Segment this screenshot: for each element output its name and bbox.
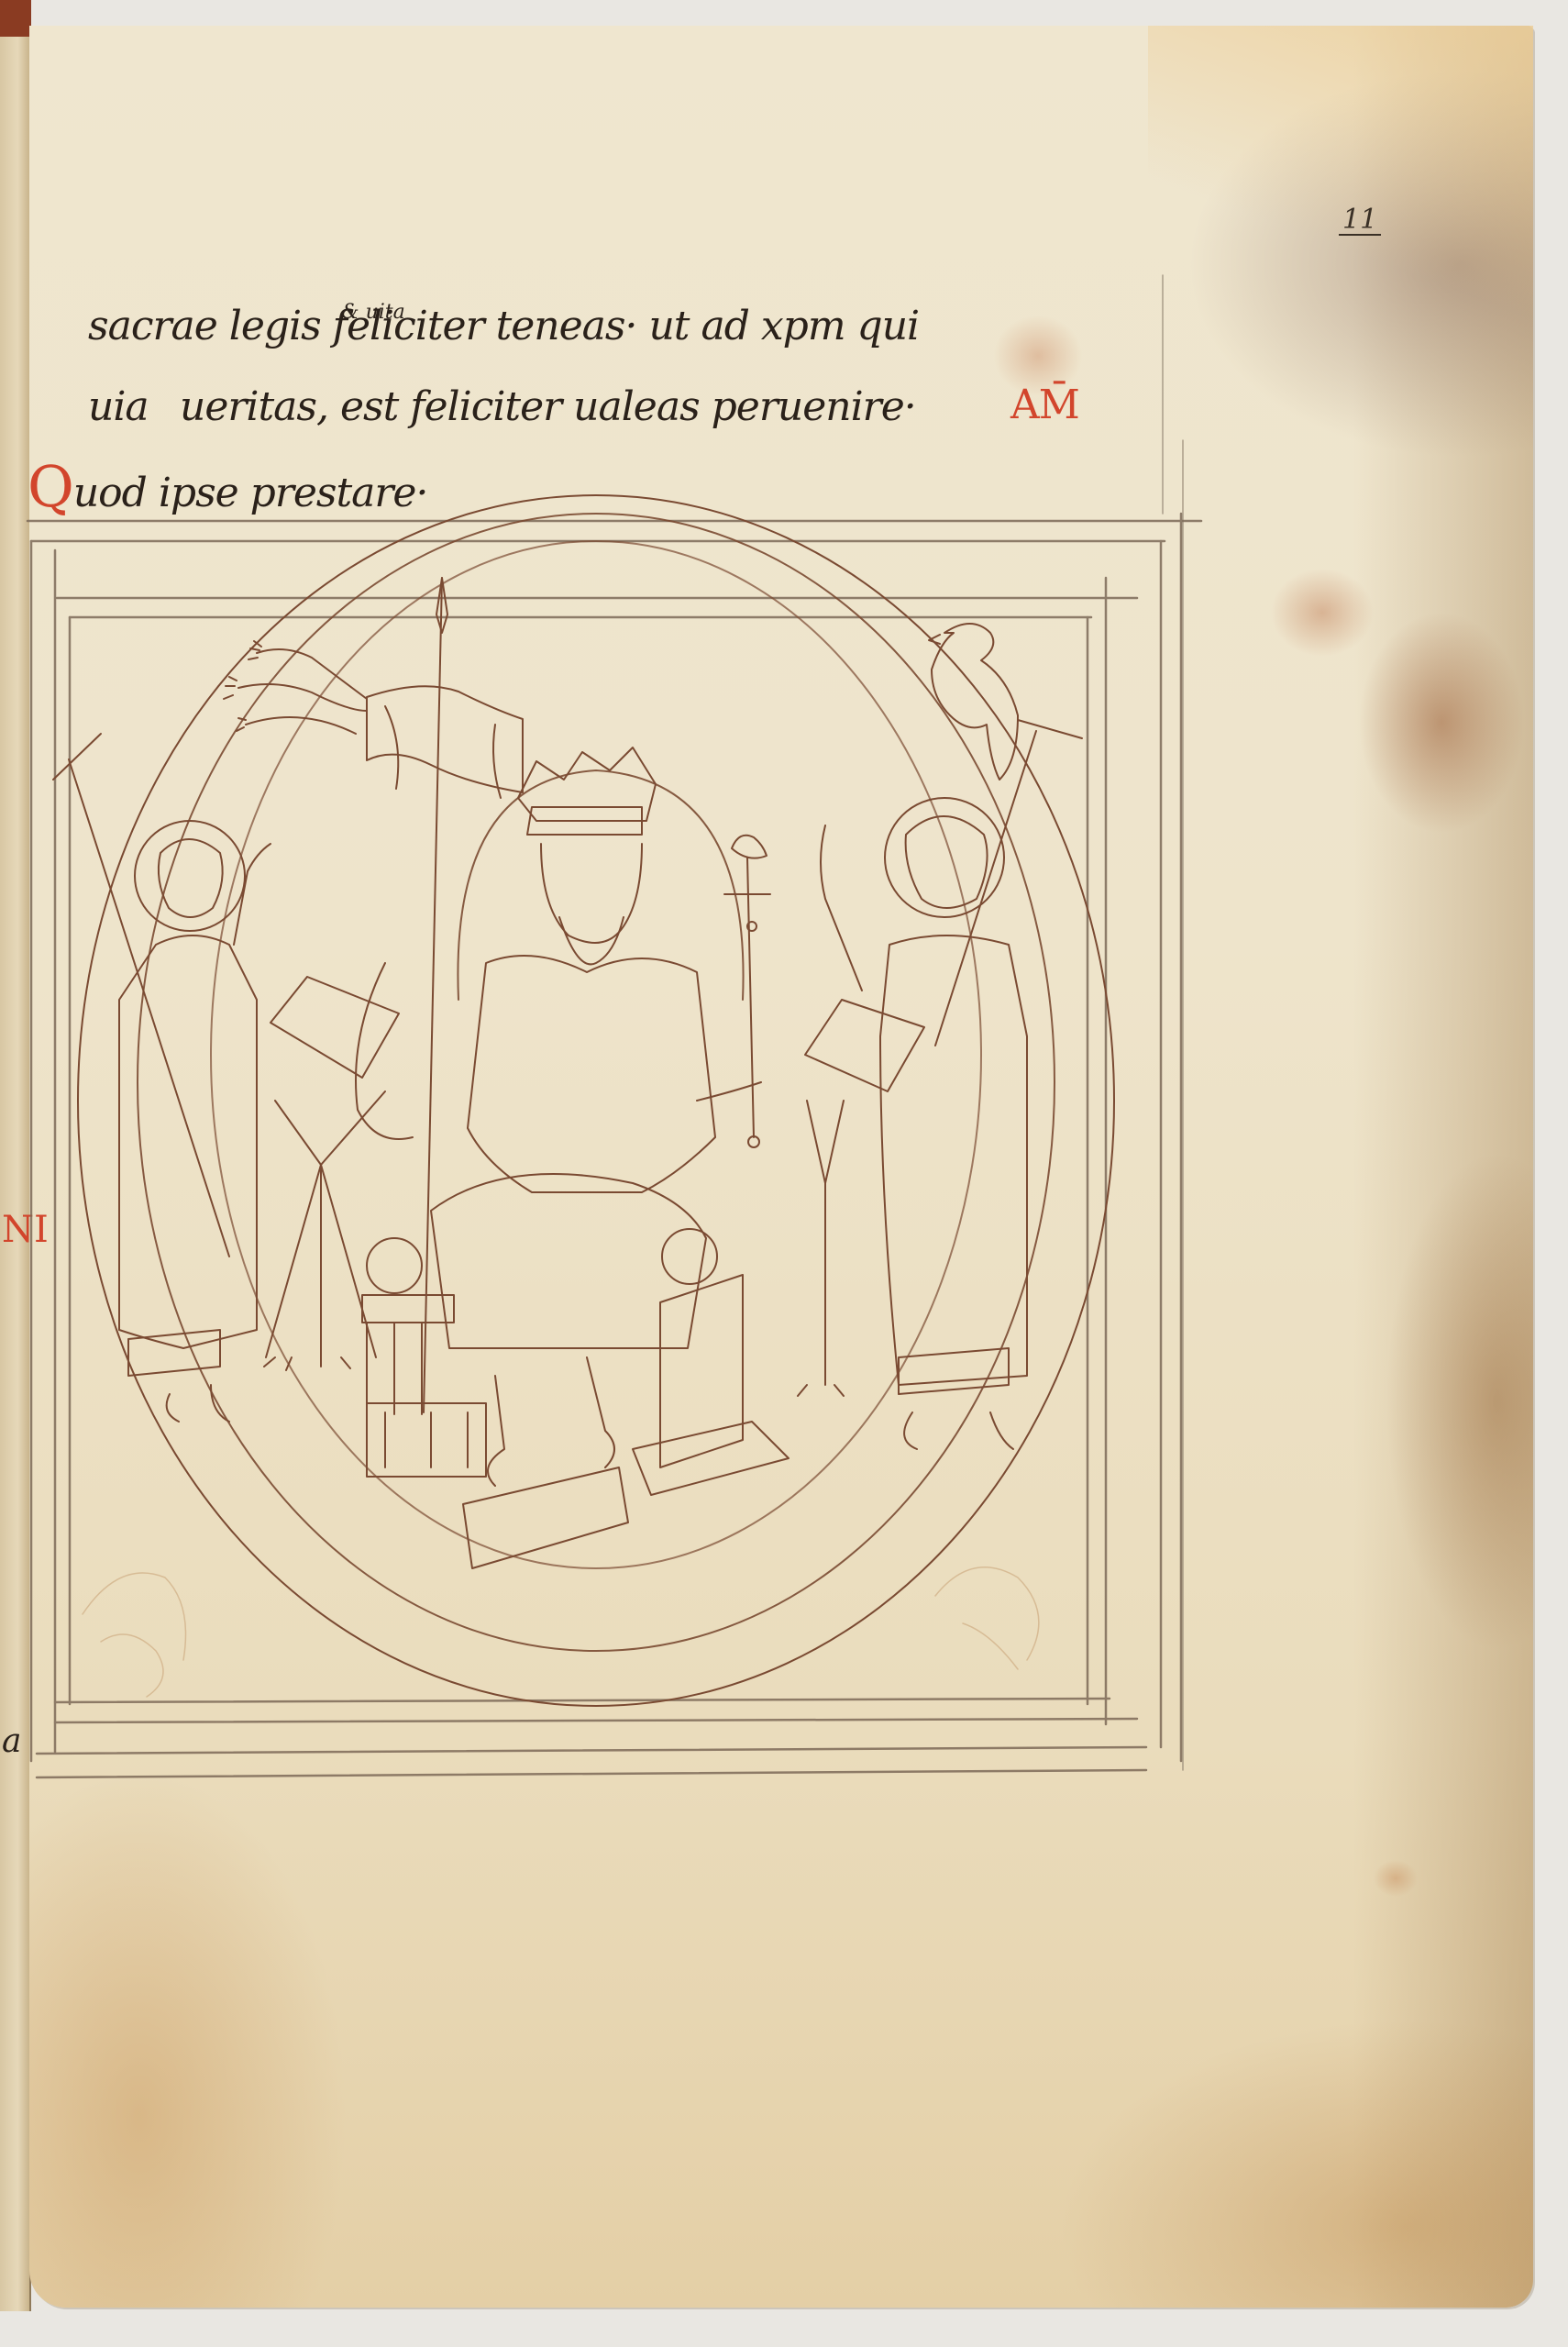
mandorla xyxy=(78,495,1114,1706)
banner-icon xyxy=(367,686,523,798)
right-cross-staff-icon xyxy=(935,720,1082,1046)
corner-vignettes xyxy=(83,1567,1039,1697)
ruling-lines xyxy=(1163,275,1183,1770)
right-saint xyxy=(821,798,1027,1449)
left-lectern-icon xyxy=(264,977,399,1370)
left-saint xyxy=(119,821,271,1422)
beard xyxy=(559,917,624,964)
right-lectern-icon xyxy=(798,1000,924,1396)
right-saint-raised-arm xyxy=(821,825,862,991)
king-raised-arm xyxy=(356,963,413,1139)
footstool-icon xyxy=(463,1467,628,1568)
left-saint-nimbus xyxy=(135,821,245,931)
illustration xyxy=(0,0,1568,2347)
eagle-icon xyxy=(929,624,1018,780)
lance-icon xyxy=(424,578,447,1412)
king xyxy=(356,747,761,1486)
picture-frame xyxy=(28,514,1201,1777)
king-right-arm xyxy=(697,1082,761,1101)
